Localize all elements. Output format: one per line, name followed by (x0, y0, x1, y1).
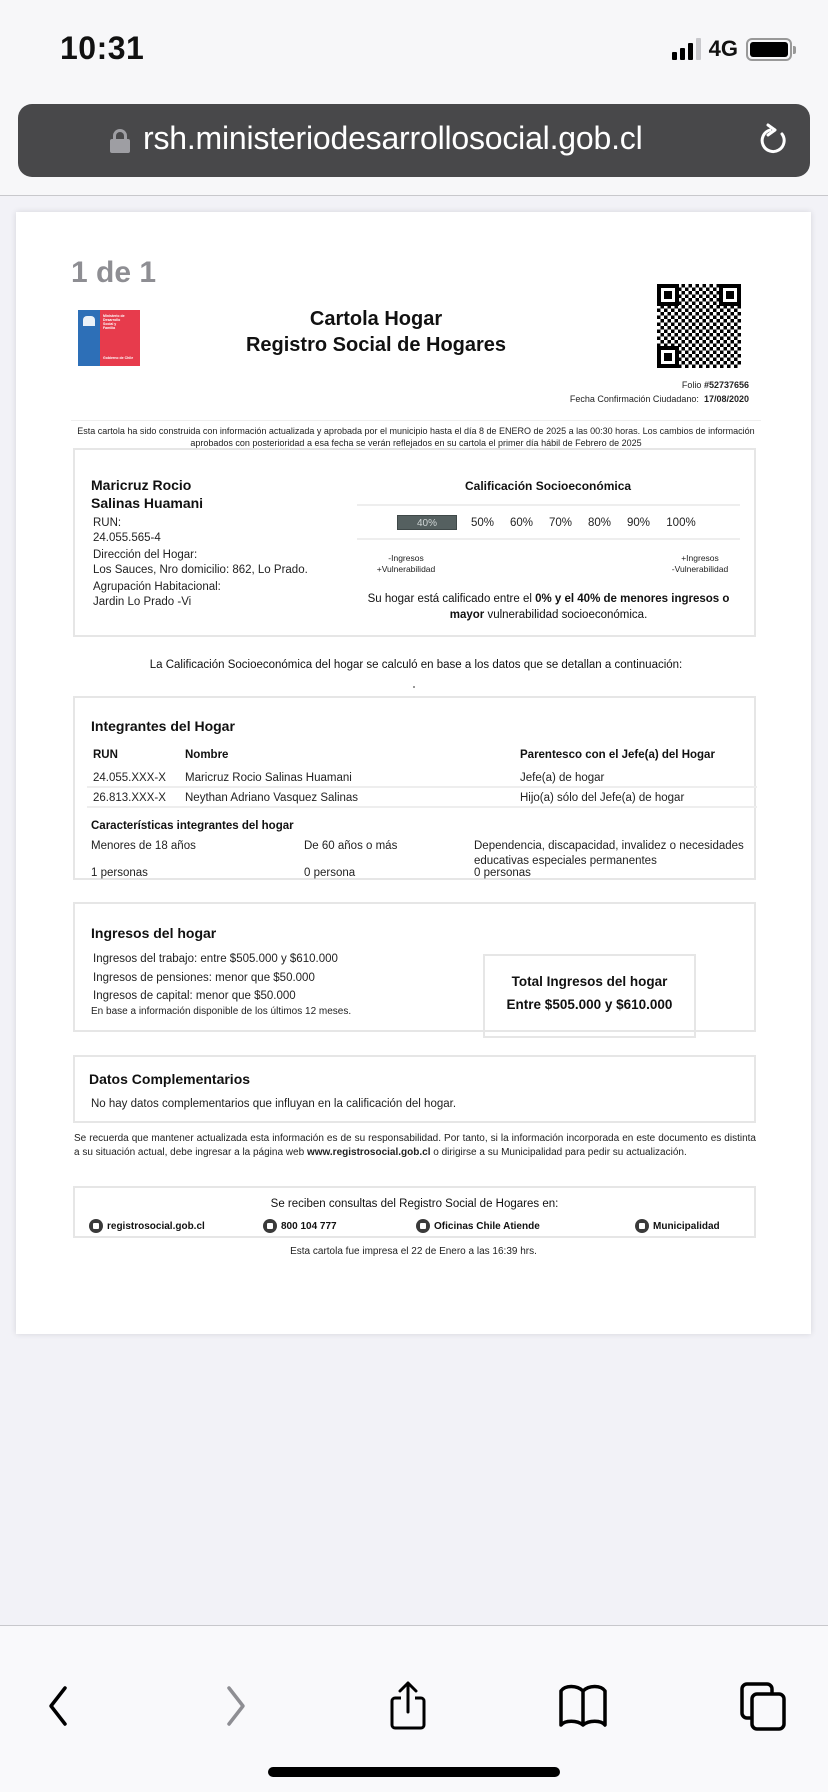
registro-link[interactable]: www.registrosocial.gob.cl (307, 1147, 431, 1158)
building-icon (635, 1219, 649, 1233)
phone-icon (263, 1219, 277, 1233)
contact-box: Se reciben consultas del Registro Social… (73, 1186, 756, 1238)
printed-date: Esta cartola fue impresa el 22 de Enero … (16, 1246, 811, 1257)
income-box: Ingresos del hogar Ingresos del trabajo:… (73, 902, 756, 1032)
chevron-right-icon (221, 1684, 251, 1728)
income-item: Ingresos de capital: menor que $50.000 (93, 987, 338, 1006)
char-value: 0 persona (304, 866, 355, 881)
table-row: 24.055.XXX-XMaricruz Rocio Salinas Huama… (87, 768, 757, 787)
head-of-household-name: Maricruz Rocio Salinas Huamani (91, 476, 203, 512)
browser-toolbar (0, 1625, 828, 1792)
income-item: Ingresos del trabajo: entre $505.000 y $… (93, 950, 338, 969)
status-time: 10:31 (60, 30, 144, 67)
char-label: De 60 años o más (304, 839, 397, 854)
tabs-button[interactable] (733, 1676, 793, 1736)
complementary-title: Datos Complementarios (89, 1071, 250, 1087)
document-title: Cartola Hogar Registro Social de Hogares (196, 306, 556, 358)
column-header: Parentesco con el Jefe(a) del Hogar (514, 748, 757, 768)
chevron-left-icon (43, 1684, 73, 1728)
characteristics-title: Características integrantes del hogar (91, 820, 294, 832)
network-type: 4G (709, 36, 738, 62)
battery-icon (746, 38, 792, 61)
table-cell: Neythan Adriano Vasquez Salinas (179, 787, 514, 807)
column-header: RUN (87, 748, 179, 768)
members-table: RUNNombreParentesco con el Jefe(a) del H… (87, 748, 757, 808)
complementary-text: No hay datos complementarios que influya… (91, 1098, 456, 1110)
members-title: Integrantes del Hogar (91, 718, 235, 734)
calificacion-title: Calificación Socioeconómica (465, 479, 631, 493)
lock-icon (110, 129, 130, 153)
home-icon (416, 1219, 430, 1233)
scale-step: 50% (463, 517, 502, 529)
tabs-icon (738, 1681, 788, 1731)
pdf-page: 1 de 1 Ministerio de Desarrollo Social y… (16, 212, 811, 1334)
column-header: Nombre (179, 748, 514, 768)
share-button[interactable] (378, 1676, 438, 1736)
scale-label-high: +Ingresos -Vulnerabilidad (655, 553, 745, 575)
ministry-logo: Ministerio de Desarrollo Social y Famili… (78, 310, 140, 366)
scale-label-low: -Ingresos +Vulnerabilidad (361, 553, 451, 575)
status-indicators: 4G (672, 36, 792, 62)
income-item: Ingresos de pensiones: menor que $50.000 (93, 969, 338, 988)
char-value: 0 personas (474, 866, 531, 881)
table-cell: Jefe(a) de hogar (514, 768, 757, 787)
back-button[interactable] (28, 1676, 88, 1736)
share-icon (386, 1680, 430, 1732)
reload-icon[interactable] (756, 122, 792, 158)
scale-step: 100% (658, 517, 704, 529)
bookmarks-button[interactable] (553, 1676, 613, 1736)
scale-step: 40% (397, 515, 457, 530)
divider (357, 538, 740, 540)
browser-address-area: rsh.ministeriodesarrollosocial.gob.cl (0, 100, 828, 196)
contact-title: Se reciben consultas del Registro Social… (75, 1198, 754, 1210)
socioeconomic-scale: 40%50%60%70%80%90%100% (397, 515, 704, 530)
table-cell: 24.055.XXX-X (87, 768, 179, 787)
book-icon (557, 1683, 609, 1729)
table-cell: 26.813.XXX-X (87, 787, 179, 807)
contact-web[interactable]: registrosocial.gob.cl (89, 1219, 205, 1233)
home-indicator (268, 1767, 560, 1777)
table-cell: Maricruz Rocio Salinas Huamani (179, 768, 514, 787)
table-row: 26.813.XXX-XNeythan Adriano Vasquez Sali… (87, 787, 757, 807)
calificacion-result: Su hogar está calificado entre el 0% y e… (357, 591, 740, 623)
page-counter: 1 de 1 (71, 256, 156, 290)
total-income-box: Total Ingresos del hogar Entre $505.000 … (483, 954, 696, 1038)
contact-chile-atiende[interactable]: Oficinas Chile Atiende (416, 1219, 540, 1233)
char-label: Menores de 18 años (91, 839, 196, 854)
url-text[interactable]: rsh.ministeriodesarrollosocial.gob.cl (143, 120, 642, 157)
contact-phone[interactable]: 800 104 777 (263, 1219, 337, 1233)
complementary-data-box: Datos Complementarios No hay datos compl… (73, 1055, 756, 1123)
qr-code (657, 284, 741, 368)
household-members-box: Integrantes del Hogar RUNNombreParentesc… (73, 696, 756, 880)
char-value: 1 personas (91, 866, 148, 881)
divider (357, 504, 740, 506)
status-bar: 10:31 4G (0, 0, 828, 100)
income-title: Ingresos del hogar (91, 925, 216, 941)
signal-icon (672, 38, 701, 60)
folio-info: Folio #52737656 Fecha Confirmación Ciuda… (570, 378, 749, 406)
char-label: Dependencia, discapacidad, invalidez o n… (474, 839, 744, 869)
income-list: Ingresos del trabajo: entre $505.000 y $… (93, 950, 338, 1006)
scale-step: 60% (502, 517, 541, 529)
address-bar[interactable]: rsh.ministeriodesarrollosocial.gob.cl (18, 104, 810, 177)
dot-mark (413, 686, 415, 688)
household-details: RUN: 24.055.565-4 Dirección del Hogar: L… (93, 516, 308, 610)
reminder-text: Se recuerda que mantener actualizada est… (74, 1132, 756, 1159)
contact-municipalidad[interactable]: Municipalidad (635, 1219, 720, 1233)
forward-button[interactable] (206, 1676, 266, 1736)
update-notice: Esta cartola ha sido construida con info… (71, 420, 761, 449)
household-summary-box: Maricruz Rocio Salinas Huamani RUN: 24.0… (73, 448, 756, 637)
calculation-intro: La Calificación Socioeconómica del hogar… (71, 659, 761, 671)
table-cell: Hijo(a) sólo del Jefe(a) de hogar (514, 787, 757, 807)
income-note: En base a información disponible de los … (91, 1006, 351, 1017)
web-icon (89, 1219, 103, 1233)
scale-step: 90% (619, 517, 658, 529)
scale-step: 70% (541, 517, 580, 529)
scale-step: 80% (580, 517, 619, 529)
